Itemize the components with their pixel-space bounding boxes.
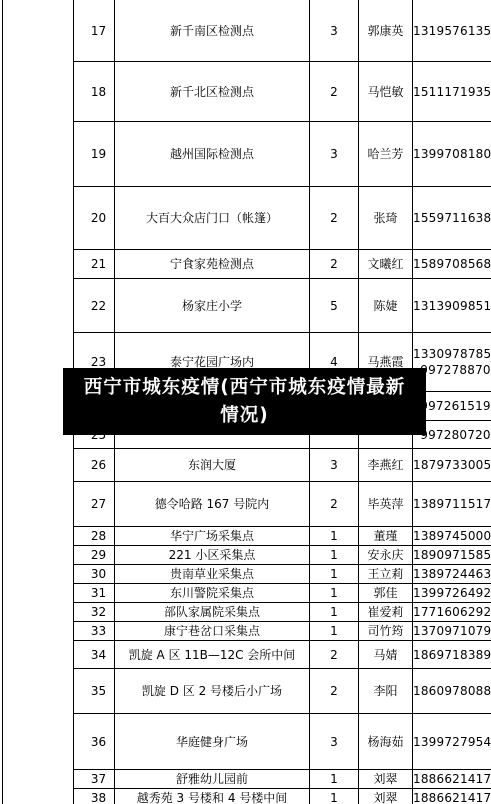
contact-name-cell: 陈婕 — [359, 279, 413, 333]
staff-count-cell: 2 — [310, 482, 359, 527]
row-number-cell: 38 — [74, 789, 115, 804]
contact-name-cell: 崔爱莉 — [359, 603, 413, 622]
staff-count-cell: 1 — [310, 770, 359, 789]
table-row: 19越州国际检测点3哈兰芳13997081802 — [74, 122, 491, 187]
site-name-cell: 新千北区检测点 — [115, 62, 310, 122]
contact-name-cell: 郭佳 — [359, 584, 413, 603]
staff-count-cell: 1 — [310, 565, 359, 584]
table-row: 31东川警院采集点1郭佳13997264928 — [74, 584, 491, 603]
row-number-cell: 34 — [74, 641, 115, 669]
table-row: 22杨家庄小学5陈婕13139098517 — [74, 279, 491, 333]
phone-cell: 13709710792 — [413, 622, 491, 641]
contact-name-cell: 司竹筠 — [359, 622, 413, 641]
contact-name-cell: 杨海茹 — [359, 714, 413, 770]
site-name-cell: 凯旋 D 区 2 号楼后小广场 — [115, 669, 310, 714]
phone-cell: 13195761359 — [413, 0, 491, 62]
document-page: 17新千南区检测点3郭康英1319576135918新千北区检测点2马恺敏151… — [0, 0, 491, 804]
site-name-cell: 越州国际检测点 — [115, 122, 310, 187]
site-name-cell: 东川警院采集点 — [115, 584, 310, 603]
staff-count-cell: 3 — [310, 122, 359, 187]
staff-count-cell: 1 — [310, 603, 359, 622]
contact-name-cell: 文曦红 — [359, 250, 413, 279]
site-name-cell: 杨家庄小学 — [115, 279, 310, 333]
staff-count-cell: 1 — [310, 527, 359, 546]
page-left-border — [2, 0, 3, 804]
site-name-cell: 舒雅幼儿园前 — [115, 770, 310, 789]
staff-count-cell: 2 — [310, 641, 359, 669]
phone-cell: 13997081802 — [413, 122, 491, 187]
staff-count-cell: 1 — [310, 546, 359, 565]
contact-name-cell: 马婧 — [359, 641, 413, 669]
site-name-cell: 华庭健身广场 — [115, 714, 310, 770]
row-number-cell: 30 — [74, 565, 115, 584]
overlay-title: 西宁市城东疫情(西宁市城东疫情最新情况) — [75, 374, 415, 430]
table-row: 37舒雅幼儿园前1刘翠18866214179 — [74, 770, 491, 789]
table-row: 29221 小区采集点1安永庆18909715855 — [74, 546, 491, 565]
site-name-cell: 宁食家苑检测点 — [115, 250, 310, 279]
table-row: 28华宁广场采集点1董瑾13897450008 — [74, 527, 491, 546]
table-row: 32部队家属院采集点1崔爱莉17716062921 — [74, 603, 491, 622]
contact-name-cell: 李燕红 — [359, 449, 413, 482]
staff-count-cell: 5 — [310, 279, 359, 333]
contact-name-cell: 刘翠 — [359, 770, 413, 789]
table-row: 34凯旋 A 区 11B—12C 会所中间2马婧18697183896 — [74, 641, 491, 669]
row-number-cell: 31 — [74, 584, 115, 603]
contact-name-cell: 哈兰芳 — [359, 122, 413, 187]
table-row: 26东润大厦3李燕红18797330056 — [74, 449, 491, 482]
site-name-cell: 大百大众店门口（帐篷） — [115, 187, 310, 250]
table-row: 21宁食家苑检测点2文曦红15897085684 — [74, 250, 491, 279]
phone-cell: 18609780882 — [413, 669, 491, 714]
site-name-cell: 华宁广场采集点 — [115, 527, 310, 546]
site-name-cell: 康宁巷岔口采集点 — [115, 622, 310, 641]
table-row: 20大百大众店门口（帐篷）2张琦15597116387 — [74, 187, 491, 250]
contact-name-cell: 郭康英 — [359, 0, 413, 62]
table-row: 27德令哈路 167 号院内2毕英萍13897115179 — [74, 482, 491, 527]
phone-cell: 13997264928 — [413, 584, 491, 603]
row-number-cell: 32 — [74, 603, 115, 622]
contact-name-cell: 毕英萍 — [359, 482, 413, 527]
table-row: 18新千北区检测点2马恺敏15111719352 — [74, 62, 491, 122]
row-number-cell: 18 — [74, 62, 115, 122]
contact-name-cell: 安永庆 — [359, 546, 413, 565]
site-name-cell: 部队家属院采集点 — [115, 603, 310, 622]
row-number-cell: 35 — [74, 669, 115, 714]
staff-count-cell: 2 — [310, 669, 359, 714]
staff-count-cell: 3 — [310, 0, 359, 62]
phone-cell: 18909715855 — [413, 546, 491, 565]
phone-cell: 13997279541 — [413, 714, 491, 770]
table-row: 30贵南草业采集点1王立莉13897244632 — [74, 565, 491, 584]
row-number-cell: 17 — [74, 0, 115, 62]
phone-cell: 18697183896 — [413, 641, 491, 669]
row-number-cell: 36 — [74, 714, 115, 770]
row-number-cell: 33 — [74, 622, 115, 641]
phone-cell: 15111719352 — [413, 62, 491, 122]
phone-cell: 13897244632 — [413, 565, 491, 584]
row-number-cell: 20 — [74, 187, 115, 250]
row-number-cell: 19 — [74, 122, 115, 187]
contact-name-cell: 李阳 — [359, 669, 413, 714]
contact-name-cell: 王立莉 — [359, 565, 413, 584]
row-number-cell: 29 — [74, 546, 115, 565]
contact-name-cell: 马恺敏 — [359, 62, 413, 122]
phone-cell: 18866214179 — [413, 789, 491, 804]
site-name-cell: 221 小区采集点 — [115, 546, 310, 565]
row-number-cell: 21 — [74, 250, 115, 279]
table-row: 38越秀苑 3 号楼和 4 号楼中间1刘翠18866214179 — [74, 789, 491, 804]
row-number-cell: 27 — [74, 482, 115, 527]
site-name-cell: 越秀苑 3 号楼和 4 号楼中间 — [115, 789, 310, 804]
site-name-cell: 贵南草业采集点 — [115, 565, 310, 584]
phone-cell: 18866214179 — [413, 770, 491, 789]
row-number-cell: 28 — [74, 527, 115, 546]
staff-count-cell: 2 — [310, 187, 359, 250]
contact-name-cell: 董瑾 — [359, 527, 413, 546]
row-number-cell: 22 — [74, 279, 115, 333]
contact-name-cell: 张琦 — [359, 187, 413, 250]
phone-cell: 13897450008 — [413, 527, 491, 546]
phone-cell: 13139098517 — [413, 279, 491, 333]
staff-count-cell: 3 — [310, 449, 359, 482]
phone-cell: 18797330056 — [413, 449, 491, 482]
staff-count-cell: 2 — [310, 62, 359, 122]
site-name-cell: 东润大厦 — [115, 449, 310, 482]
phone-cell: 17716062921 — [413, 603, 491, 622]
staff-count-cell: 2 — [310, 250, 359, 279]
staff-count-cell: 1 — [310, 622, 359, 641]
phone-primary: 133097878541 — [413, 346, 491, 362]
table-row: 35凯旋 D 区 2 号楼后小广场2李阳18609780882 — [74, 669, 491, 714]
staff-count-cell: 3 — [310, 714, 359, 770]
title-overlay-banner: 西宁市城东疫情(西宁市城东疫情最新情况) — [63, 368, 426, 435]
row-number-cell: 26 — [74, 449, 115, 482]
site-name-cell: 德令哈路 167 号院内 — [115, 482, 310, 527]
table-row: 33康宁巷岔口采集点1司竹筠13709710792 — [74, 622, 491, 641]
phone-cell: 13897115179 — [413, 482, 491, 527]
row-number-cell: 37 — [74, 770, 115, 789]
site-name-cell: 凯旋 A 区 11B—12C 会所中间 — [115, 641, 310, 669]
staff-count-cell: 1 — [310, 789, 359, 804]
contact-name-cell: 刘翠 — [359, 789, 413, 804]
site-name-cell: 新千南区检测点 — [115, 0, 310, 62]
staff-count-cell: 1 — [310, 584, 359, 603]
phone-cell: 15597116387 — [413, 187, 491, 250]
table-row: 17新千南区检测点3郭康英13195761359 — [74, 0, 491, 62]
phone-cell: 15897085684 — [413, 250, 491, 279]
table-row: 36华庭健身广场3杨海茹13997279541 — [74, 714, 491, 770]
